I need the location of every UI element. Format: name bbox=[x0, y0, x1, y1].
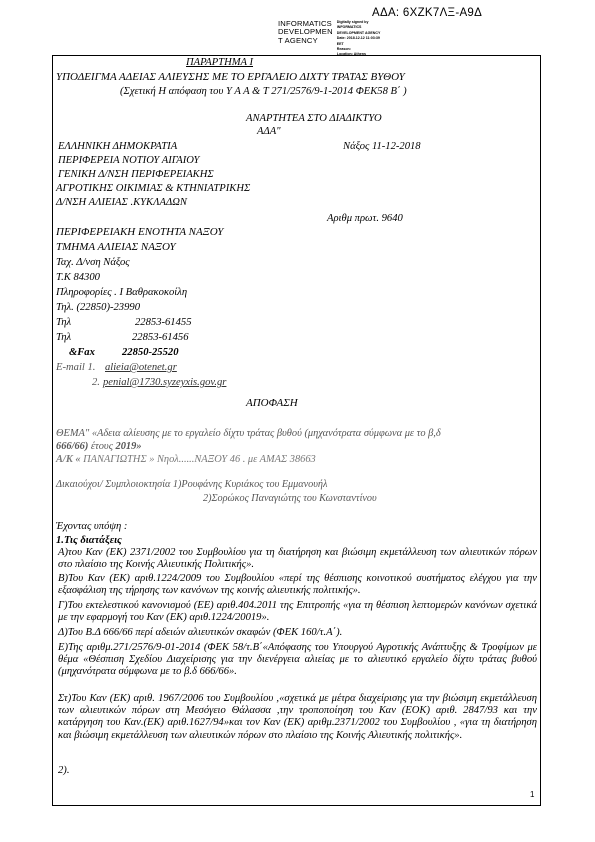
provisions-heading: 1.Τις διατάξεις bbox=[56, 535, 122, 547]
beneficiaries-line: Δικαιούχοι/ Συμπλοιοκτησία 1)Ρουφάνης Κυ… bbox=[56, 479, 327, 491]
decision-heading: ΑΠΟΦΑΣΗ bbox=[246, 397, 298, 409]
provision-paragraph: Δ)Του Β.Δ 666/66 περί αδειών αλιευτικών … bbox=[58, 627, 537, 639]
beneficiaries-line: 2)Σορώκος Παναγιώτης του Κωνσταντίνου bbox=[203, 493, 377, 505]
sender-line: Δ/ΝΣΗ ΑΛΙΕΙΑΣ .ΚΥΚΛΑΔΩΝ bbox=[56, 197, 187, 209]
email-label: E-mail 1. bbox=[56, 362, 95, 374]
page-number: 1 bbox=[530, 790, 534, 799]
posting-label: ΑΝΑΡΤΗΤΕΑ ΣΤΟ ΔΙΑΔΙΚΤΥΟ bbox=[246, 113, 382, 125]
sender-line: ΠΕΡΙΦΕΡΕΙΑ ΝΟΤΙΟΥ ΑΙΓΑΙΟΥ bbox=[58, 155, 199, 167]
theme-year-label: έτους bbox=[88, 441, 115, 452]
ada-placeholder: ΑΔΑ" bbox=[257, 126, 281, 138]
email-link-2[interactable]: penial@1730.syzeyxis.gov.gr bbox=[103, 377, 226, 389]
theme-line-2: 666/66) έτους 2019» bbox=[56, 441, 142, 453]
ada-code: ΑΔΑ: 6ΧΖΚ7ΛΞ-Α9Δ bbox=[372, 7, 482, 19]
contact-info: Πληροφορίες . Ι Βαθρακοκοίλη bbox=[56, 287, 187, 299]
vessel-line: Α/Κ « ΠΑΝΑΓΙΩΤΗΣ » Νηολ......ΝΑΞΟΥ 46 . … bbox=[56, 454, 316, 466]
provision-paragraph: Γ)Του εκτελεστικού κανονισμού (ΕΕ) αριθ.… bbox=[58, 600, 537, 624]
postal-code: Τ.Κ 84300 bbox=[56, 272, 100, 284]
stamp-org-line: T AGENCY bbox=[278, 37, 333, 45]
annex-title: ΠΑΡΑΡΤΗΜΑ Ι bbox=[186, 57, 253, 69]
unit-line: ΤΜΗΜΑ ΑΛΙΕΙΑΣ ΝΑΞΟΥ bbox=[56, 241, 176, 253]
sender-line: ΑΓΡΟΤΙΚΗΣ ΟΙΚΙΜΙΑΣ & ΚΤΗΝΙΑΤΡΙΚΗΣ bbox=[56, 183, 250, 195]
sender-line: ΕΛΛΗΝΙΚΗ ΔΗΜΟΚΡΑΤΙΑ bbox=[58, 141, 177, 153]
sender-line: ΓΕΝΙΚΗ Δ/ΝΣΗ ΠΕΡΙΦΕΡΕΙΑΚΗΣ bbox=[58, 169, 214, 181]
legal-reference: (Σχετική Η απόφαση του Υ Α Α & Τ 271/257… bbox=[120, 86, 407, 98]
stamp-sig-line: Date: 2018.12.12 11:03:39 bbox=[337, 36, 381, 41]
fax-label: &Fax bbox=[69, 347, 95, 359]
stamp-signature-details: Digitally signed by INFORMATICS DEVELOPM… bbox=[337, 20, 381, 58]
vessel-prefix: Α/Κ « bbox=[56, 454, 81, 465]
provision-paragraph: Στ)Του Καν (ΕΚ) αριθ. 1967/2006 του Συμβ… bbox=[58, 693, 537, 742]
unit-line: ΠΕΡΙΦΕΡΕΙΑΚΗ ΕΝΟΤΗΤΑ ΝΑΞΟΥ bbox=[56, 226, 223, 238]
place-date: Νάξος 11-12-2018 bbox=[343, 141, 421, 153]
email-link-1[interactable]: alieia@otenet.gr bbox=[105, 362, 177, 374]
item-2: 2). bbox=[58, 765, 69, 777]
provision-paragraph: Β)Του Καν (ΕΚ) αριθ.1224/2009 του Συμβου… bbox=[58, 573, 537, 597]
email-2-label: 2. bbox=[92, 377, 100, 389]
vessel-details: ΠΑΝΑΓΙΩΤΗΣ » Νηολ......ΝΑΞΟΥ 46 . με ΑΜΑ… bbox=[81, 454, 316, 465]
phone-2-label: Τηλ bbox=[56, 317, 71, 329]
considering-label: Έχοντας υπόψη : bbox=[56, 521, 127, 533]
protocol-number: Αριθμ πρωτ. 9640 bbox=[327, 213, 403, 225]
phone-1: Τηλ. (22850)-23990 bbox=[56, 302, 140, 314]
theme-line: ΘΕΜΑ" «Αδεια αλίευσης με το εργαλείο δίχ… bbox=[56, 428, 441, 440]
phone-2: 22853-61455 bbox=[135, 317, 192, 329]
phone-3-label: Τηλ bbox=[56, 332, 71, 344]
provision-paragraph: Ε)Της αριθμ.271/2576/9-01-2014 (ΦΕΚ 58/τ… bbox=[58, 642, 537, 679]
address: Ταχ. Δ/νση Νάξος bbox=[56, 257, 130, 269]
provision-paragraph: Α)του Καν (ΕΚ) 2371/2002 του Συμβουλίου … bbox=[58, 547, 537, 571]
phone-3: 22853-61456 bbox=[132, 332, 189, 344]
theme-decree: 666/66) bbox=[56, 441, 88, 452]
theme-year: 2019» bbox=[116, 441, 142, 452]
digital-signature-stamp: INFORMATICS DEVELOPMEN T AGENCY Digitall… bbox=[278, 20, 380, 58]
stamp-organization: INFORMATICS DEVELOPMEN T AGENCY bbox=[278, 20, 333, 58]
document-subject: ΥΠΟΔΕΙΓΜΑ ΑΔΕΙΑΣ ΑΛΙΕΥΣΗΣ ΜΕ ΤΟ ΕΡΓΑΛΕΙΟ… bbox=[56, 71, 405, 83]
fax-number: 22850-25520 bbox=[122, 347, 179, 359]
